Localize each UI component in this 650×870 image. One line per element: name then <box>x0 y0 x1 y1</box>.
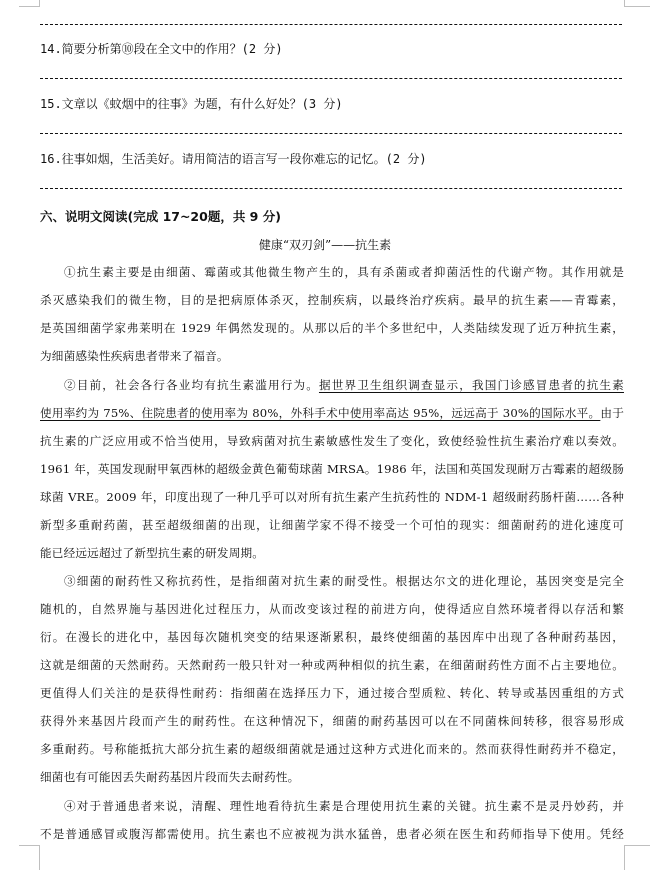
paragraph-3-line: 衍。在漫长的进化中，基因每次随机突变的结果逐渐累积，最终使细菌的基因库中出现了各… <box>40 629 624 645</box>
paragraph-2-text: ②目前，社会各行各业均有抗生素滥用行为。 <box>64 378 319 392</box>
section-heading: 六、说明文阅读(完成 17~20题，共 9 分) <box>40 207 281 225</box>
paragraph-3-line: ③细菌的耐药性又称抗药性，是指细菌对抗生素的耐受性。根据达尔文的进化理论，基因突… <box>64 573 624 589</box>
article-title: 健康“双刃剑”——抗生素 <box>0 236 650 253</box>
underlined-statistic-text: 使用率约为 75%、住院患者的使用率为 80%，外科手术中使用率高达 95%，远… <box>40 406 600 420</box>
question-16: 16.往事如烟，生活美好。请用简洁的语言写一段你难忘的记忆。(2 分) <box>40 150 427 167</box>
paragraph-1-line: 是英国细菌学家弗莱明在 1929 年偶然发现的。从那以后的半个多世纪中，人类陆续… <box>40 320 624 336</box>
paragraph-2-line: 新型多重耐药菌，甚至超级细菌的出现，让细菌学家不得不接受一个可怕的现实：细菌耐药… <box>40 517 624 533</box>
page-corner-mark-top-right <box>624 0 650 7</box>
paragraph-3-line: 更值得人们关注的是获得性耐药：指细菌在选择压力下，通过接合型质粒、转化、转导或基… <box>40 685 624 701</box>
paragraph-2-line: ②目前，社会各行各业均有抗生素滥用行为。据世界卫生组织调查显示，我国门诊感冒患者… <box>64 377 624 393</box>
paragraph-3-line: 细菌也有可能因丢失耐药基因片段而失去耐药性。 <box>40 769 624 785</box>
paragraph-2-line: 能已经远远超过了新型抗生素的研发周期。 <box>40 545 624 561</box>
answer-line-15 <box>40 133 622 134</box>
paragraph-3-line: 多重耐药。号称能抵抗大部分抗生素的超级细菌就是通过这种方式进化而来的。然而获得性… <box>40 741 624 757</box>
paragraph-2-text: 由于 <box>600 406 624 420</box>
page-corner-mark-bottom-left <box>19 845 40 870</box>
paragraph-4-line: ④对于普通患者来说，清醒、理性地看待抗生素是合理使用抗生素的关键。抗生素不是灵丹… <box>64 798 624 814</box>
paragraph-3-line: 随机的，自然界施与基因进化过程压力，从而改变该过程的前进方向，使得适应自然环境者… <box>40 601 624 617</box>
paragraph-3-line: 这就是细菌的天然耐药。天然耐药一般只针对一种或两种相似的抗生素，在细菌耐药性方面… <box>40 657 624 673</box>
page-corner-mark-top-left <box>19 0 40 7</box>
question-14: 14.简要分析第⑩段在全文中的作用？(2 分) <box>40 40 283 57</box>
answer-line-16 <box>40 188 622 189</box>
question-15: 15.文章以《蚊烟中的往事》为题，有什么好处？(3 分) <box>40 95 343 112</box>
paragraph-1-line: ①抗生素主要是由细菌、霉菌或其他微生物产生的，具有杀菌或者抑菌活性的代谢产物。其… <box>64 264 624 280</box>
paragraph-1-line: 为细菌感染性疾病患者带来了福音。 <box>40 348 624 364</box>
page-corner-mark-bottom-right <box>624 845 650 870</box>
answer-line-13 <box>40 24 622 25</box>
paragraph-1-line: 杀灭感染我们的微生物，目的是把病原体杀灭，控制疾病，以最终治疗疾病。最早的抗生素… <box>40 292 624 308</box>
answer-line-14 <box>40 78 622 79</box>
paragraph-4-line: 不是普通感冒或腹泻都需使用。抗生素也不应被视为洪水猛兽，患者必须在医生和药师指导… <box>40 826 624 842</box>
paragraph-2-line: 球菌 VRE。2009 年，印度出现了一种几乎可以对所有抗生素产生抗药性的 ND… <box>40 489 624 505</box>
underlined-statistic-text: 据世界卫生组织调查显示，我国门诊感冒患者的抗生素 <box>319 378 624 392</box>
paragraph-2-line: 抗生素的广泛应用或不恰当使用，导致病菌对抗生素敏感性发生了变化，致使经验性抗生素… <box>40 433 624 449</box>
paragraph-2-line: 1961 年，英国发现耐甲氧西林的超级金黄色葡萄球菌 MRSA。1986 年，法… <box>40 461 624 477</box>
paragraph-3-line: 获得外来基因片段而产生的耐药性。在这种情况下，细菌的耐药基因可以在不同菌株间转移… <box>40 713 624 729</box>
paragraph-2-line: 使用率约为 75%、住院患者的使用率为 80%，外科手术中使用率高达 95%，远… <box>40 405 624 421</box>
